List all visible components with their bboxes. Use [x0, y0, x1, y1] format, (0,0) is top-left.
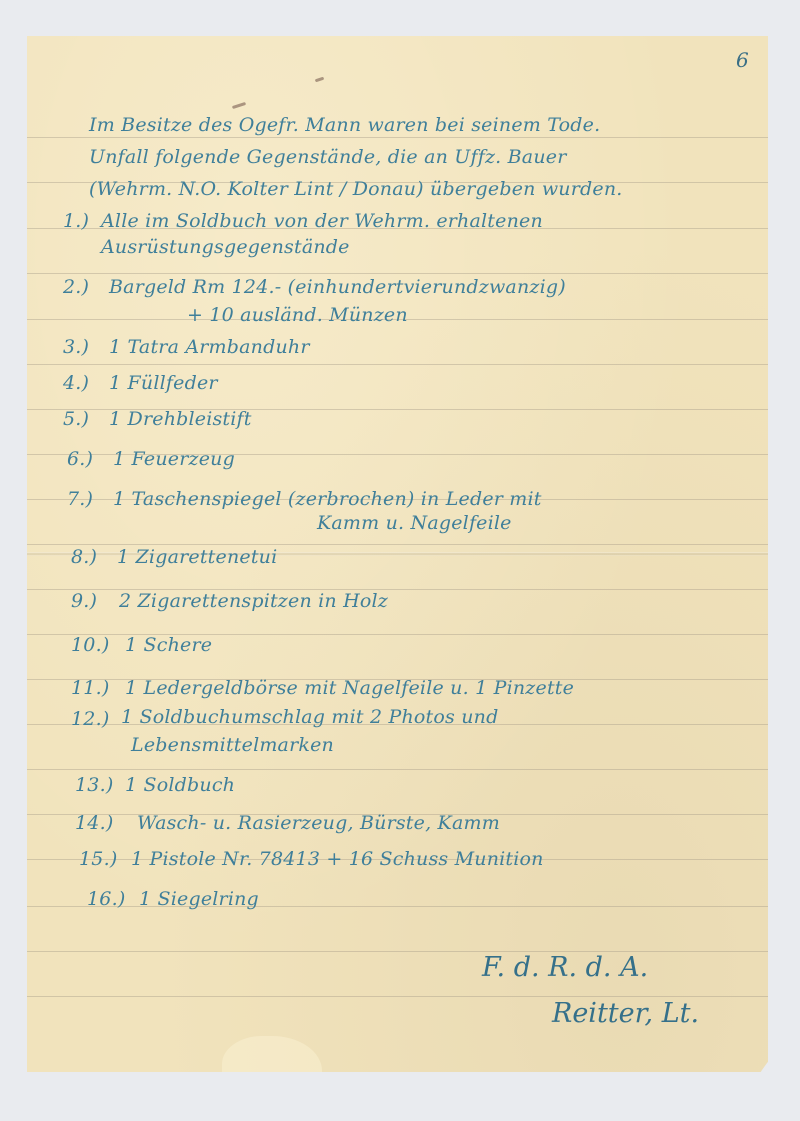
ruled-line: [27, 996, 768, 997]
item-text: 1 Schere: [125, 636, 212, 655]
ink-speck: [315, 77, 324, 83]
ruled-line: [27, 769, 768, 770]
item-number: 13.): [75, 776, 113, 795]
item-text: 1 Soldbuchumschlag mit 2 Photos und: [121, 708, 498, 727]
item-number: 8.): [71, 548, 97, 567]
item-text: 1 Siegelring: [139, 890, 259, 909]
intro-line: (Wehrm. N.O. Kolter Lint / Donau) überge…: [89, 180, 623, 199]
item-text: Lebensmittelmarken: [131, 736, 334, 755]
paper-stain: [222, 1036, 322, 1106]
item-number: 3.): [63, 338, 89, 357]
ruled-line: [27, 137, 768, 138]
item-text: Ausrüstungsgegenstände: [101, 238, 350, 257]
signature-attestation: F. d. R. d. A.: [482, 952, 648, 983]
item-text: Wasch- u. Rasierzeug, Bürste, Kamm: [137, 814, 500, 833]
ruled-line: [27, 364, 768, 365]
item-text: Alle im Soldbuch von der Wehrm. erhalten…: [101, 212, 543, 231]
intro-line: Unfall folgende Gegenstände, die an Uffz…: [89, 148, 567, 167]
item-text: Bargeld Rm 124.- (einhundertvierundzwanz…: [109, 278, 566, 297]
item-number: 15.): [79, 850, 117, 869]
item-number: 9.): [71, 592, 97, 611]
page-number: 6: [736, 48, 749, 72]
item-number: 2.): [63, 278, 89, 297]
item-text: 1 Zigarettenetui: [117, 548, 277, 567]
item-number: 16.): [87, 890, 125, 909]
item-text: 1 Tatra Armbanduhr: [109, 338, 310, 357]
item-text: 1 Soldbuch: [125, 776, 235, 795]
item-text: + 10 ausländ. Münzen: [187, 306, 408, 325]
item-text: 1 Pistole Nr. 78413 + 16 Schuss Munition: [131, 850, 544, 869]
item-text: 1 Ledergeldbörse mit Nagelfeile u. 1 Pin…: [125, 679, 574, 698]
item-number: 7.): [67, 490, 93, 509]
intro-line: Im Besitze des Ogefr. Mann waren bei sei…: [89, 116, 600, 135]
signature-name: Reitter, Lt.: [552, 998, 699, 1029]
item-text: 1 Füllfeder: [109, 374, 218, 393]
item-number: 12.): [71, 710, 109, 729]
item-number: 5.): [63, 410, 89, 429]
ruled-line: [27, 273, 768, 274]
item-number: 14.): [75, 814, 113, 833]
item-text: Kamm u. Nagelfeile: [317, 514, 512, 533]
item-number: 6.): [67, 450, 93, 469]
item-number: 1.): [63, 212, 89, 231]
item-number: 10.): [71, 636, 109, 655]
item-text: 2 Zigarettenspitzen in Holz: [119, 592, 388, 611]
ruled-line: [27, 951, 768, 952]
item-number: 4.): [63, 374, 89, 393]
item-text: 1 Drehbleistift: [109, 410, 252, 429]
item-number: 11.): [71, 679, 109, 698]
ruled-line: [27, 544, 768, 545]
item-text: 1 Taschenspiegel (zerbrochen) in Leder m…: [113, 490, 542, 509]
item-text: 1 Feuerzeug: [113, 450, 235, 469]
ink-speck: [232, 102, 246, 109]
handwritten-document-page: 6 Im Besitze des Ogefr. Mann waren bei s…: [27, 36, 768, 1072]
